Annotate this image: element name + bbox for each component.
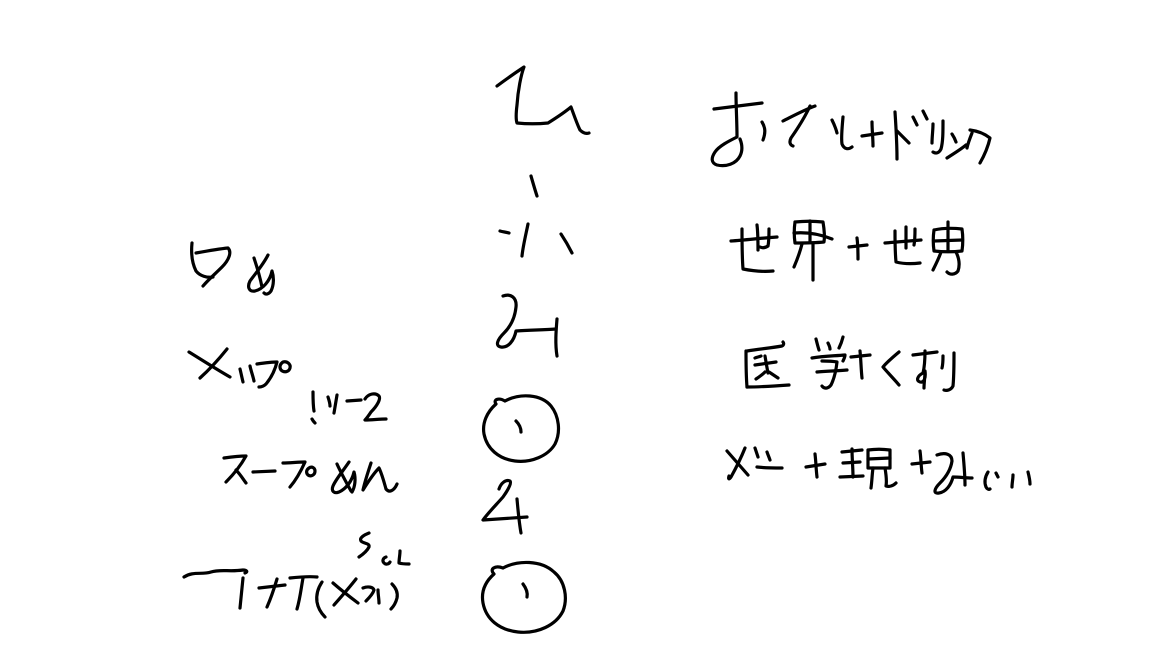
- handwriting-stroke: [253, 471, 275, 472]
- handwriting-stroke: [871, 468, 873, 488]
- handwriting-stroke: [857, 238, 858, 259]
- handwriting-stroke: [868, 458, 890, 459]
- handwriting-stroke: [860, 351, 862, 378]
- handwriting-stroke: [852, 449, 853, 477]
- handwriting-stroke: [914, 229, 915, 245]
- handwriting-stroke: [257, 362, 277, 387]
- handwriting-stroke: [757, 467, 782, 468]
- handwriting-stroke: [328, 397, 330, 406]
- handwriting-stroke: [184, 570, 247, 577]
- handwriting-stroke: [1028, 472, 1030, 484]
- handwriting-stroke: [932, 124, 933, 143]
- handwriting-stroke: [822, 361, 837, 388]
- handwriting-stroke: [913, 117, 917, 125]
- handwriting-stroke: [516, 421, 521, 432]
- handwriting-stroke: [712, 93, 742, 166]
- handwriting-stroke: [755, 356, 761, 358]
- handwriting-stroke: [923, 111, 927, 119]
- handwriting-stroke: [378, 590, 379, 603]
- handwriting-stroke: [885, 468, 896, 486]
- handwriting-stroke: [985, 472, 990, 489]
- right-line-4-kako-gen-mirai: [727, 448, 1030, 493]
- handwriting-stroke: [970, 130, 990, 163]
- handwriting-stroke: [334, 579, 356, 605]
- handwriting-stroke: [832, 120, 837, 133]
- handwriting-stroke: [934, 240, 962, 241]
- handwriting-stroke: [918, 351, 926, 388]
- handwriting-stroke: [523, 584, 527, 597]
- handwriting-stroke: [189, 352, 230, 377]
- handwriting-stroke: [935, 454, 972, 493]
- handwriting-stroke: [556, 319, 557, 356]
- handwriting-stroke: [816, 339, 819, 350]
- handwriting-stroke: [240, 369, 243, 382]
- handwriting-stroke: [250, 366, 254, 381]
- whiteboard: [0, 0, 1152, 648]
- handwriting-stroke: [240, 578, 243, 608]
- handwriting-stroke: [317, 582, 325, 617]
- handwriting-stroke: [500, 231, 509, 233]
- handwriting-stroke: [794, 233, 832, 239]
- handwriting-stroke: [307, 467, 315, 476]
- left-line-3-soup-men: [224, 456, 397, 493]
- right-line-3-igaku-kusuri: [746, 337, 954, 390]
- handwriting-stroke: [755, 448, 758, 457]
- handwriting-stroke: [815, 454, 817, 477]
- handwriting-stroke: [531, 176, 537, 196]
- handwriting-stroke: [561, 234, 572, 253]
- handwriting-stroke: [765, 356, 768, 373]
- handwriting-stroke: [383, 557, 390, 564]
- handwriting-stroke: [280, 362, 290, 372]
- handwriting-stroke: [359, 533, 369, 557]
- handwriting-stroke: [363, 587, 374, 601]
- handwriting-stroke: [365, 394, 386, 420]
- handwriting-stroke: [942, 356, 943, 368]
- handwriting-stroke: [249, 255, 274, 294]
- handwriting-stroke: [839, 337, 843, 348]
- handwriting-stroke: [363, 463, 397, 491]
- handwriting-stroke: [399, 551, 409, 564]
- handwriting-stroke: [482, 562, 565, 632]
- handwriting-stroke: [334, 395, 337, 413]
- handwriting-stroke: [747, 342, 784, 351]
- handwriting-stroke: [259, 585, 285, 588]
- handwriting-stroke: [747, 385, 789, 387]
- handwriting-stroke: [497, 295, 556, 347]
- handwriting-stroke: [947, 252, 959, 274]
- handwriting-stroke: [952, 134, 956, 142]
- drawing-canvas[interactable]: [0, 0, 1152, 648]
- handwriting-stroke: [794, 244, 802, 267]
- handwriting-stroke: [313, 392, 314, 411]
- handwriting-stroke: [872, 122, 873, 146]
- handwriting-stroke: [283, 462, 305, 487]
- handwriting-stroke: [297, 578, 303, 609]
- handwriting-stroke: [757, 225, 758, 250]
- handwriting-stroke: [769, 372, 778, 378]
- handwriting-stroke: [996, 473, 998, 477]
- left-line-2-meppu-sauce: [189, 349, 386, 423]
- handwriting-stroke: [196, 248, 230, 286]
- handwriting-stroke: [391, 584, 397, 609]
- handwriting-stroke: [746, 351, 747, 387]
- handwriting-stroke: [267, 579, 277, 607]
- handwriting-stroke: [817, 370, 847, 372]
- left-line-4-t-ka-t-ookii: [184, 533, 409, 617]
- handwriting-stroke: [756, 372, 765, 379]
- handwriting-stroke: [522, 224, 528, 256]
- handwriting-stroke: [828, 343, 830, 349]
- handwriting-stroke: [483, 480, 527, 520]
- handwriting-stroke: [312, 419, 315, 423]
- handwriting-stroke: [967, 133, 972, 148]
- handwriting-stroke: [963, 453, 965, 485]
- handwriting-stroke: [347, 400, 361, 401]
- handwriting-stroke: [729, 448, 745, 479]
- handwriting-stroke: [947, 145, 966, 158]
- handwriting-stroke: [933, 252, 941, 270]
- handwriting-stroke: [1012, 475, 1013, 487]
- handwriting-stroke: [497, 67, 589, 133]
- handwriting-stroke: [895, 112, 897, 159]
- handwriting-stroke: [236, 470, 246, 483]
- right-line-2-sekai: [731, 221, 963, 280]
- handwriting-stroke: [714, 103, 762, 109]
- handwriting-stroke: [883, 352, 899, 385]
- handwriting-stroke: [897, 131, 909, 143]
- handwriting-stroke: [842, 117, 852, 149]
- handwriting-stroke: [944, 353, 954, 390]
- left-line-1-rame: [192, 243, 274, 294]
- handwriting-stroke: [762, 122, 765, 140]
- right-line-1-okashi-drink: [712, 93, 990, 166]
- handwriting-stroke: [767, 452, 770, 460]
- center-column-hifumi: [482, 67, 589, 632]
- handwriting-stroke: [920, 451, 922, 473]
- handwriting-stroke: [192, 243, 213, 277]
